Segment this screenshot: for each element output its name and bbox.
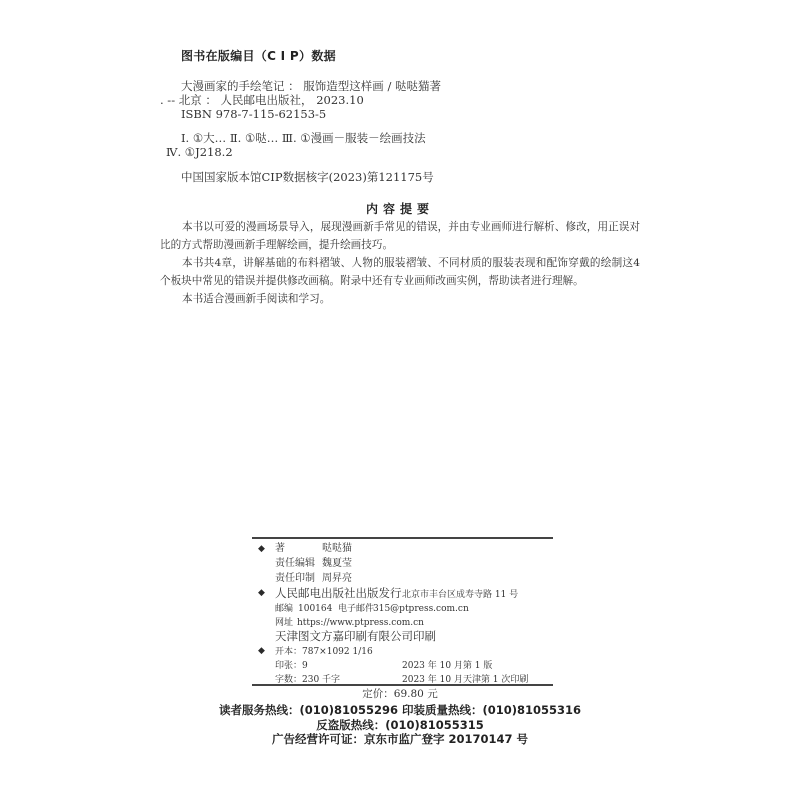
top-rule bbox=[252, 537, 553, 539]
author-label: 著 bbox=[275, 542, 285, 556]
email: 315@ptpress.com.cn bbox=[373, 602, 469, 616]
ad-license: 广告经营许可证：京东市监广登字 20170147 号 bbox=[0, 731, 800, 747]
cip-title-line: 大漫画家的手绘笔记 ： 服饰造型这样画 / 哒哒猫著 bbox=[181, 79, 441, 93]
edition: 2023 年 10 月第 1 版 bbox=[402, 659, 492, 673]
printing-label: 责任印制 bbox=[275, 572, 315, 586]
printer: 天津图文方嘉印刷有限公司印刷 bbox=[275, 629, 436, 643]
summary-paragraph: 本书适合漫画新手阅读和学习。 bbox=[160, 290, 640, 308]
summary-heading: 内容提要 bbox=[0, 200, 800, 217]
service-hotlines: 读者服务热线：(010)81055296 印装质量热线：(010)8105531… bbox=[0, 702, 800, 718]
website: https://www.ptpress.com.cn bbox=[297, 616, 424, 630]
publisher: 人民邮电出版社出版发行 bbox=[275, 586, 402, 600]
summary-paragraph: 本书共4章，讲解基础的布料褶皱、人物的服装褶皱、不同材质的服装表现和配饰穿戴的绘… bbox=[160, 254, 640, 290]
cip-isbn: ISBN 978-7-115-62153-5 bbox=[181, 107, 326, 121]
postcode-label: 邮编 bbox=[275, 602, 293, 616]
sheets: 印张：9 bbox=[275, 659, 308, 673]
printing-name: 周昇亮 bbox=[322, 572, 352, 586]
postcode: 100164 bbox=[298, 602, 332, 616]
editor-name: 魏夏莹 bbox=[322, 557, 352, 571]
bullet-icon: ◆ bbox=[258, 646, 265, 656]
bullet-icon: ◆ bbox=[258, 588, 265, 598]
summary-body: 本书以可爱的漫画场景导入，展现漫画新手常见的错误，并由专业画师进行解析、修改，用… bbox=[160, 218, 640, 308]
cip-heading: 图书在版编目（C I P）数据 bbox=[181, 47, 336, 64]
price: 定价：69.80 元 bbox=[0, 687, 800, 701]
cip-classification-2: Ⅳ. ①J218.2 bbox=[166, 145, 233, 159]
format: 开本：787×1092 1/16 bbox=[275, 645, 373, 659]
website-label: 网址 bbox=[275, 616, 293, 630]
cip-publication-line: . -- 北京 ： 人民邮电出版社， 2023.10 bbox=[160, 93, 364, 107]
bullet-icon: ◆ bbox=[258, 544, 265, 554]
email-label: 电子邮件 bbox=[338, 602, 374, 616]
author-name: 哒哒猫 bbox=[322, 542, 352, 556]
summary-paragraph: 本书以可爱的漫画场景导入，展现漫画新手常见的错误，并由专业画师进行解析、修改，用… bbox=[160, 218, 640, 254]
bottom-rule bbox=[252, 684, 553, 686]
publisher-address: 北京市丰台区成寿寺路 11 号 bbox=[402, 588, 518, 602]
editor-label: 责任编辑 bbox=[275, 557, 315, 571]
cip-classification-1: Ⅰ. ①大… Ⅱ. ①哒… Ⅲ. ①漫画－服装－绘画技法 bbox=[181, 131, 426, 145]
cip-record-number: 中国国家版本馆CIP数据核字(2023)第121175号 bbox=[181, 170, 434, 184]
